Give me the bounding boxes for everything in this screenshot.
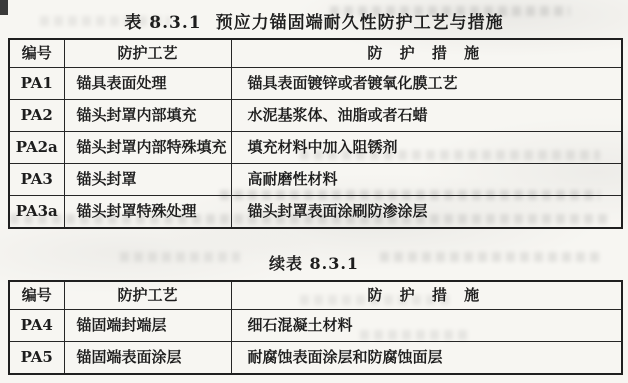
header-measure: 防 护 措 施 [231,281,622,310]
table-row: PA2 锚头封罩内部填充 水泥基浆体、油脂或者石蜡 [9,100,622,132]
protection-table-continuation: 编号 防护工艺 防 护 措 施 PA4 锚固端封端层 细石混凝土材料 PA5 锚… [8,280,623,375]
cell-process: 锚头封罩 [64,164,231,196]
cell-number: PA3 [9,164,64,196]
cell-number: PA3a [9,196,64,229]
table-header-row: 编号 防护工艺 防 护 措 施 [9,281,622,310]
table-header-row: 编号 防护工艺 防 护 措 施 [9,39,622,68]
header-number: 编号 [9,39,64,68]
cell-process: 锚固端封端层 [64,310,231,342]
cell-process: 锚头封罩特殊处理 [64,196,231,229]
table-row: PA1 锚具表面处理 锚具表面镀锌或者镀氧化膜工艺 [9,68,622,100]
table-row: PA3 锚头封罩 高耐磨性材料 [9,164,622,196]
cell-measure: 细石混凝土材料 [231,310,622,342]
table-title: 表 8.3.1预应力锚固端耐久性防护工艺与措施 [0,8,628,33]
header-process: 防护工艺 [64,281,231,310]
cell-measure: 锚头封罩表面涂刷防渗涂层 [231,196,622,229]
cell-measure: 水泥基浆体、油脂或者石蜡 [231,100,622,132]
table-row: PA4 锚固端封端层 细石混凝土材料 [9,310,622,342]
cell-process: 锚固端表面涂层 [64,342,231,375]
cell-measure: 锚具表面镀锌或者镀氧化膜工艺 [231,68,622,100]
cell-number: PA5 [9,342,64,375]
header-number: 编号 [9,281,64,310]
cell-measure: 高耐磨性材料 [231,164,622,196]
header-process: 防护工艺 [64,39,231,68]
header-measure: 防 护 措 施 [231,39,622,68]
cell-process: 锚头封罩内部填充 [64,100,231,132]
cell-process: 锚具表面处理 [64,68,231,100]
cell-number: PA2a [9,132,64,164]
table-row: PA5 锚固端表面涂层 耐腐蚀表面涂层和防腐蚀面层 [9,342,622,375]
cell-number: PA4 [9,310,64,342]
cell-measure: 填充材料中加入阻锈剂 [231,132,622,164]
table-row: PA3a 锚头封罩特殊处理 锚头封罩表面涂刷防渗涂层 [9,196,622,229]
cell-number: PA2 [9,100,64,132]
cell-process: 锚头封罩内部特殊填充 [64,132,231,164]
cell-measure: 耐腐蚀表面涂层和防腐蚀面层 [231,342,622,375]
cell-number: PA1 [9,68,64,100]
table-row: PA2a 锚头封罩内部特殊填充 填充材料中加入阻锈剂 [9,132,622,164]
protection-table-main: 编号 防护工艺 防 护 措 施 PA1 锚具表面处理 锚具表面镀锌或者镀氧化膜工… [8,38,623,229]
scanned-document-page: 表 8.3.1预应力锚固端耐久性防护工艺与措施 编号 防护工艺 防 护 措 施 … [0,0,628,383]
table-title-text: 预应力锚固端耐久性防护工艺与措施 [216,13,504,33]
continuation-table-title: 续表 8.3.1 [0,251,628,274]
table-title-number: 表 8.3.1 [124,13,201,33]
